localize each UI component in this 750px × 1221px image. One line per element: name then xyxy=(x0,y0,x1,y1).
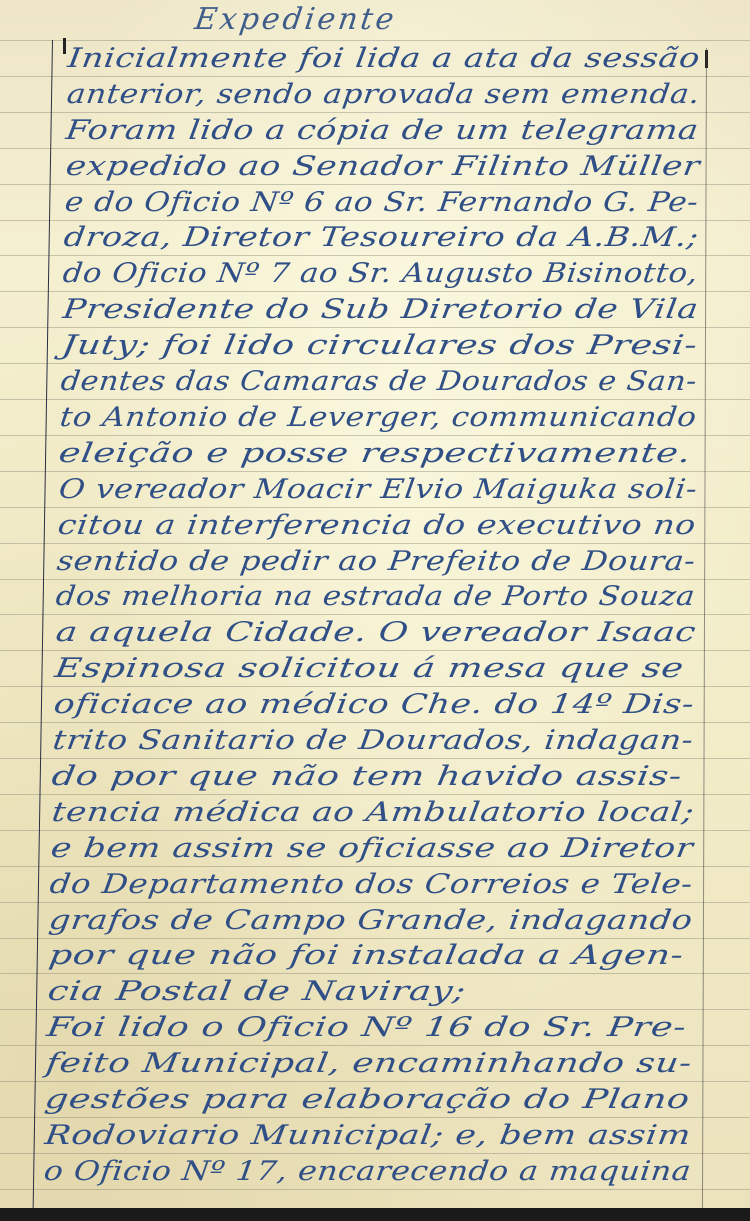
text-line: Espinosa solicitou á mesa que se xyxy=(53,653,686,684)
ruled-line xyxy=(0,973,750,974)
ruled-line xyxy=(0,579,750,580)
text-line: Presidente do Sub Diretorio de Vila xyxy=(61,294,700,325)
text-line: o Oficio Nº 17, encarecendo a maquina xyxy=(42,1156,693,1187)
ruled-line xyxy=(0,291,750,292)
ruled-line xyxy=(0,794,750,795)
text-line: dos melhoria na estrada de Porto Souza xyxy=(54,581,697,612)
text-line: O vereador Moacir Elvio Maiguka soli- xyxy=(57,474,699,505)
ruled-line xyxy=(0,112,750,113)
ruled-line xyxy=(0,1081,750,1082)
ruled-line xyxy=(0,686,750,687)
ruled-line xyxy=(0,1153,750,1154)
text-line: anterior, sendo aprovada sem emenda. xyxy=(65,79,702,110)
text-line: trito Sanitario de Dourados, indagan- xyxy=(51,725,695,756)
ruled-line xyxy=(0,399,750,400)
text-line: to Antonio de Leverger, communicando xyxy=(58,402,698,433)
ruled-line xyxy=(0,435,750,436)
left-margin-tick xyxy=(63,38,66,54)
scan-border xyxy=(0,1208,750,1221)
text-line: e do Oficio Nº 6 ao Sr. Fernando G. Pe- xyxy=(63,187,700,218)
text-line: gestões para elaboração do Plano xyxy=(43,1084,692,1115)
text-line: dentes das Camaras de Dourados e San- xyxy=(59,366,699,397)
ruled-line xyxy=(0,507,750,508)
text-line: expedido ao Senador Filinto Müller xyxy=(64,151,702,182)
ruled-line xyxy=(0,866,750,867)
ruled-line xyxy=(0,148,750,149)
ruled-line xyxy=(0,255,750,256)
text-line: eleição e posse respectivamente. xyxy=(57,438,693,469)
ruled-line xyxy=(0,184,750,185)
ruled-line xyxy=(0,650,750,651)
ruled-line xyxy=(0,830,750,831)
text-line: tencia médica ao Ambulatorio local; xyxy=(50,797,696,828)
text-line: citou a interferencia do executivo no xyxy=(56,510,698,541)
ruled-line xyxy=(0,40,750,41)
ruled-line xyxy=(0,938,750,939)
ruled-line xyxy=(0,758,750,759)
ruled-line xyxy=(0,543,750,544)
ruled-line xyxy=(0,1117,750,1118)
page-heading: Expediente xyxy=(193,2,399,37)
text-line: a aquela Cidade. O vereador Isaac xyxy=(54,617,698,648)
right-margin-line xyxy=(702,48,707,1208)
text-line: Juty; foi lido circulares dos Presi- xyxy=(60,330,700,361)
ruled-line xyxy=(0,471,750,472)
ruled-line xyxy=(0,614,750,615)
ruled-line xyxy=(0,902,750,903)
ruled-line xyxy=(0,363,750,364)
text-line: droza, Diretor Tesoureiro da A.B.M.; xyxy=(62,222,701,253)
text-line: do por que não tem havido assis- xyxy=(50,761,684,792)
text-line: cia Postal de Naviray; xyxy=(46,976,468,1007)
text-line: oficiace ao médico Che. do 14º Dis- xyxy=(52,689,696,720)
ruled-line xyxy=(0,327,750,328)
text-line: do Oficio Nº 7 ao Sr. Augusto Bisinotto, xyxy=(61,258,700,289)
text-line: por que não foi instalada a Agen- xyxy=(47,940,686,971)
ruled-line xyxy=(0,76,750,77)
ruled-line xyxy=(0,1009,750,1010)
text-line: Foram lido a cópia de um telegrama xyxy=(64,115,701,146)
text-line: e bem assim se oficiasse ao Diretor xyxy=(49,833,695,864)
ruled-line xyxy=(0,1189,750,1190)
text-line: Rodoviario Municipal; e, bem assim xyxy=(43,1120,693,1151)
text-line: feito Municipal, encaminhando su- xyxy=(44,1048,694,1079)
text-line: grafos de Campo Grande, indagando xyxy=(47,905,695,936)
text-line: Foi lido o Oficio Nº 16 do Sr. Pre- xyxy=(45,1012,689,1043)
text-line: do Departamento dos Correios e Tele- xyxy=(48,869,695,900)
ruled-line xyxy=(0,1045,750,1046)
text-line: Inicialmente foi lida a ata da sessão xyxy=(66,43,702,74)
ruled-line xyxy=(0,220,750,221)
ruled-line xyxy=(0,722,750,723)
text-line: sentido de pedir ao Prefeito de Doura- xyxy=(55,546,697,577)
scanned-page: Expediente Inicialmente foi lida a ata d… xyxy=(0,0,750,1208)
